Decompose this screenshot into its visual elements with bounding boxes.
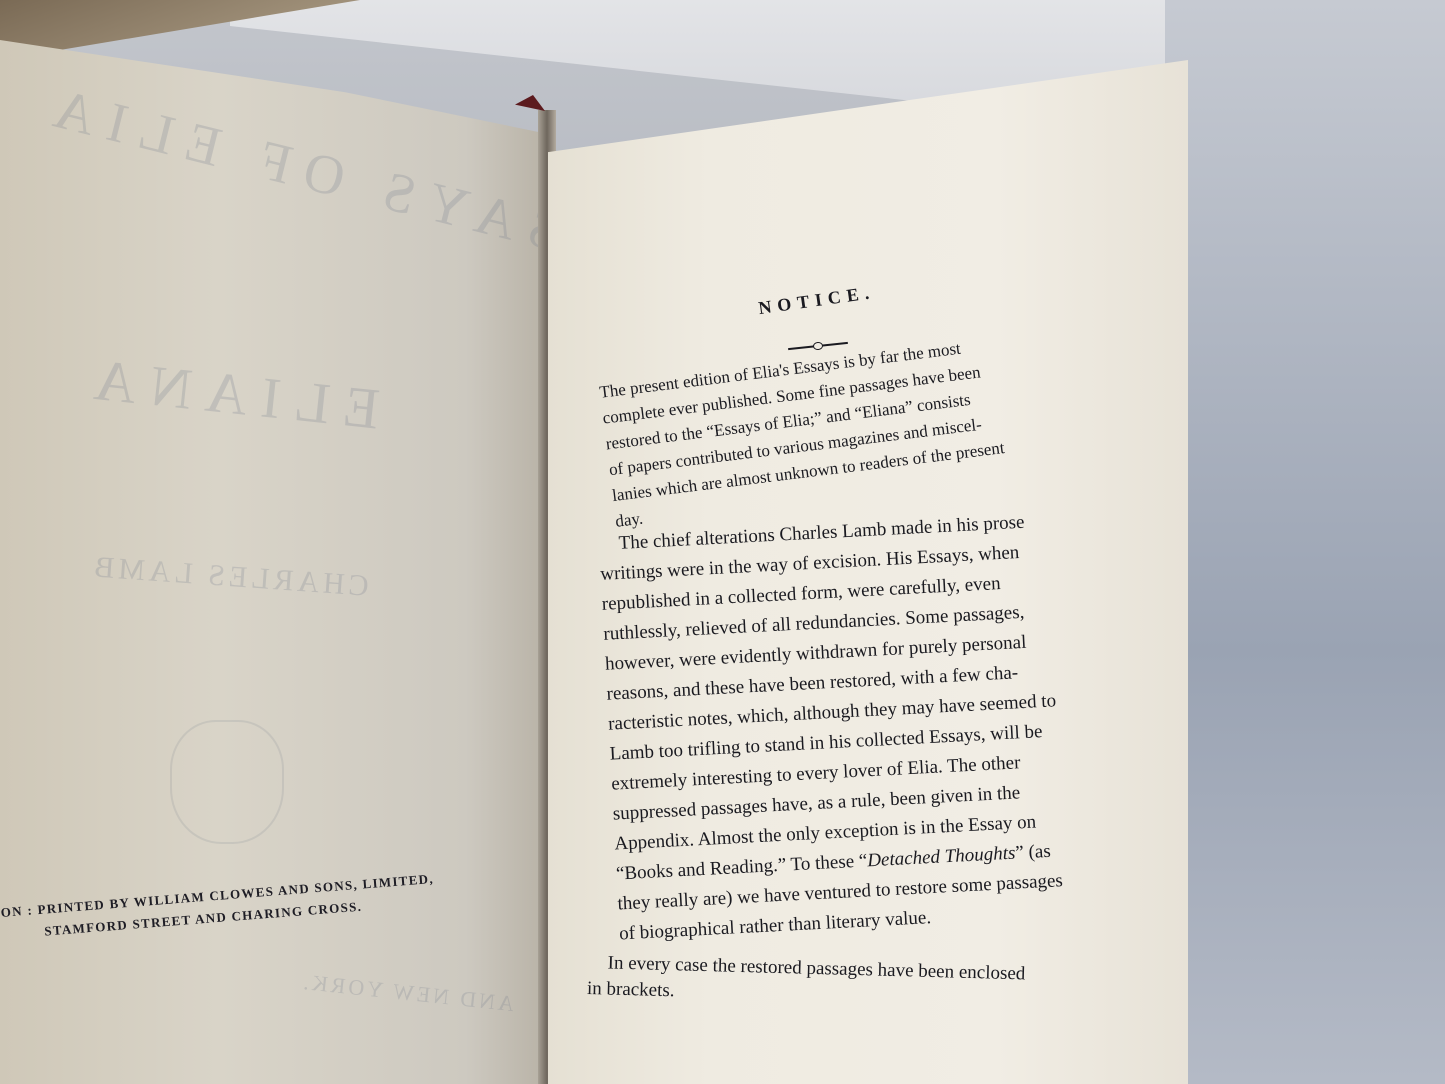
paragraph: The chief alterations Charles Lamb made … bbox=[598, 503, 1139, 950]
show-through-publisher: AND NEW YORK. bbox=[299, 969, 515, 1017]
show-through-subtitle: ELIANA bbox=[77, 345, 382, 443]
publisher-emblem-icon bbox=[170, 720, 284, 844]
show-through-author: CHARLES LAMB bbox=[89, 550, 370, 603]
text-fragment: ” (as bbox=[1015, 841, 1051, 864]
background-sheet-right bbox=[1165, 0, 1445, 1084]
italic-title: Detached Thoughts bbox=[867, 843, 1016, 872]
